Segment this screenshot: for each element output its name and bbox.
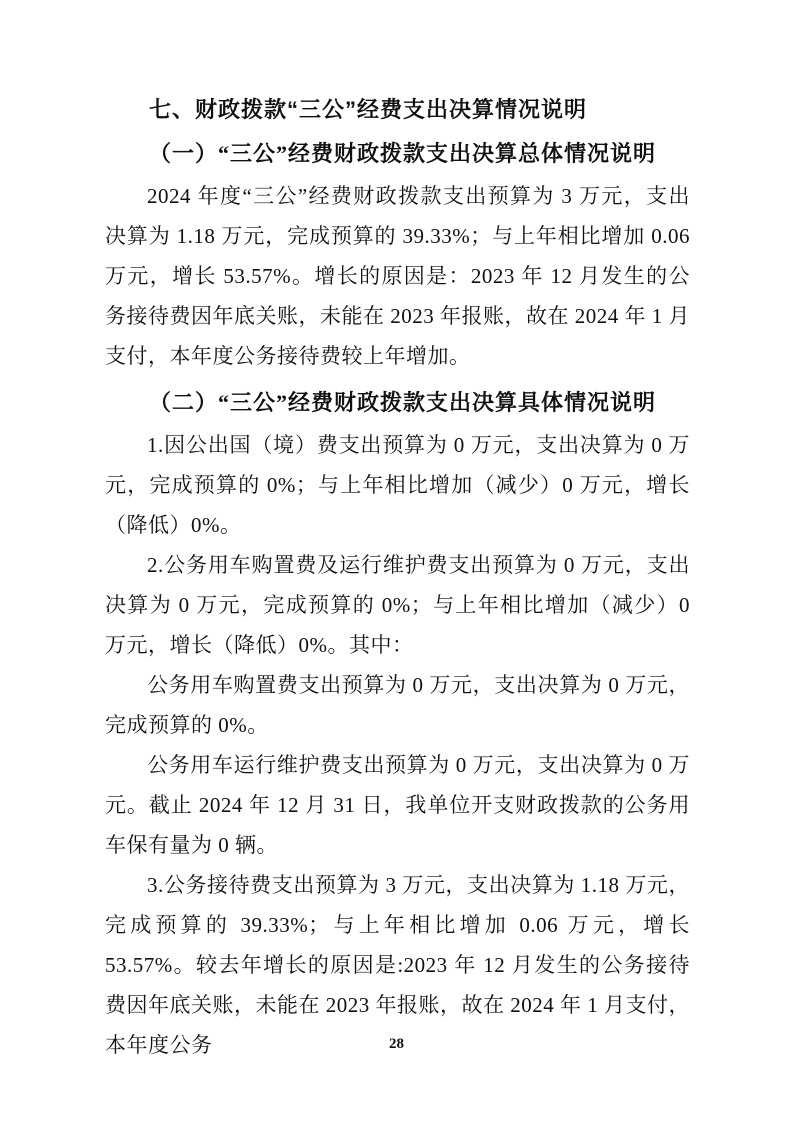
page-content: 七、财政拨款“三公”经费支出决算情况说明 （一）“三公”经费财政拨款支出决算总体… (105, 88, 690, 1065)
paragraph-abroad-expense: 1.因公出国（境）费支出预算为 0 万元，支出决算为 0 万元，完成预算的 0%… (105, 425, 690, 545)
paragraph-overall-summary: 2024 年度“三公”经费财政拨款支出预算为 3 万元，支出决算为 1.18 万… (105, 176, 690, 376)
paragraph-vehicle-maintenance: 公务用车运行维护费支出预算为 0 万元，支出决算为 0 万元。截止 2024 年… (105, 745, 690, 865)
subsection-heading-overall: （一）“三公”经费财政拨款支出决算总体情况说明 (105, 132, 690, 176)
paragraph-vehicle-total: 2.公务用车购置费及运行维护费支出预算为 0 万元，支出决算为 0 万元，完成预… (105, 545, 690, 665)
document-page: 七、财政拨款“三公”经费支出决算情况说明 （一）“三公”经费财政拨款支出决算总体… (0, 0, 793, 1122)
page-number: 28 (0, 1034, 793, 1054)
paragraph-vehicle-purchase: 公务用车购置费支出预算为 0 万元，支出决算为 0 万元，完成预算的 0%。 (105, 665, 690, 745)
subsection-heading-detail: （二）“三公”经费财政拨款支出决算具体情况说明 (105, 381, 690, 425)
main-section-heading: 七、财政拨款“三公”经费支出决算情况说明 (105, 88, 690, 132)
